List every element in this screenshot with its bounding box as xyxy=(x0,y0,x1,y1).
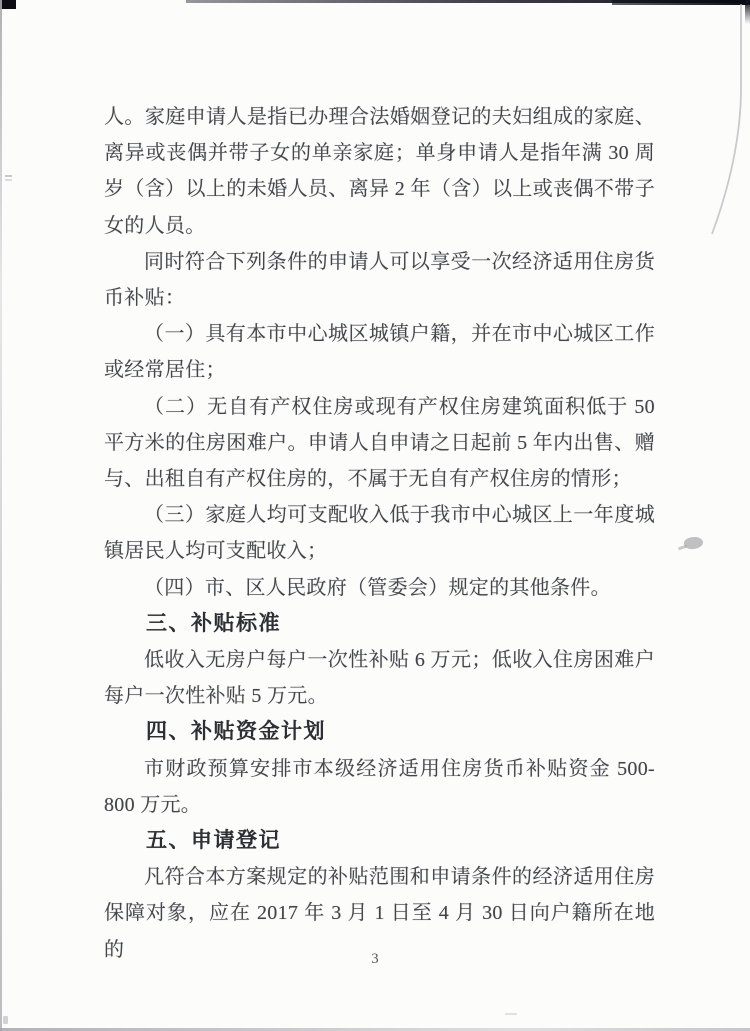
paragraph-subsidy-fund-plan: 市财政预算安排市本级经济适用住房货币补贴资金 500-800 万元。 xyxy=(104,751,655,823)
scan-artifact-top-left-blob xyxy=(0,0,16,9)
scan-artifact-top-edge xyxy=(186,0,750,3)
scan-artifact-left-edge xyxy=(0,0,2,1031)
scan-artifact-right-edge xyxy=(745,0,750,24)
paragraph-condition-1: （一）具有本市中心城区城镇户籍，并在市中心城区工作或经常居住； xyxy=(104,316,655,388)
paragraph-condition-3: （三）家庭人均可支配收入低于我市中心城区上一年度城镇居民人均可支配收入； xyxy=(104,497,655,569)
scan-artifact-smudge xyxy=(683,535,704,550)
heading-subsidy-standard: 三、补贴标准 xyxy=(104,606,655,642)
heading-application-registration: 五、申请登记 xyxy=(104,823,655,859)
document-body: 人。家庭申请人是指已办理合法婚姻登记的夫妇组成的家庭、离异或丧偶并带子女的单亲家… xyxy=(104,99,655,968)
paragraph-condition-4: （四）市、区人民政府（管委会）规定的其他条件。 xyxy=(104,570,655,606)
paragraph-subsidy-standard: 低收入无房户每户一次性补贴 6 万元；低收入住房困难户每户一次性补贴 5 万元。 xyxy=(104,642,655,714)
scan-artifact-top-edge-dark xyxy=(612,0,750,5)
scanned-document-page: 人。家庭申请人是指已办理合法婚姻登记的夫妇组成的家庭、离异或丧偶并带子女的单亲家… xyxy=(0,0,750,1031)
scan-artifact-speck xyxy=(3,1016,8,1024)
scan-artifact-speck xyxy=(5,175,12,177)
heading-subsidy-fund-plan: 四、补贴资金计划 xyxy=(104,714,655,750)
scan-artifact-smudge-tail xyxy=(678,545,687,551)
paragraph-conditions-intro: 同时符合下列条件的申请人可以享受一次经济适用住房货币补贴： xyxy=(104,244,655,316)
paragraph-applicant-definition: 人。家庭申请人是指已办理合法婚姻登记的夫妇组成的家庭、离异或丧偶并带子女的单亲家… xyxy=(104,99,655,244)
paragraph-condition-2: （二）无自有产权住房或现有产权住房建筑面积低于 50 平方米的住房困难户。申请人… xyxy=(104,389,655,498)
scan-artifact-speck xyxy=(505,1013,517,1015)
page-number: 3 xyxy=(0,951,750,968)
